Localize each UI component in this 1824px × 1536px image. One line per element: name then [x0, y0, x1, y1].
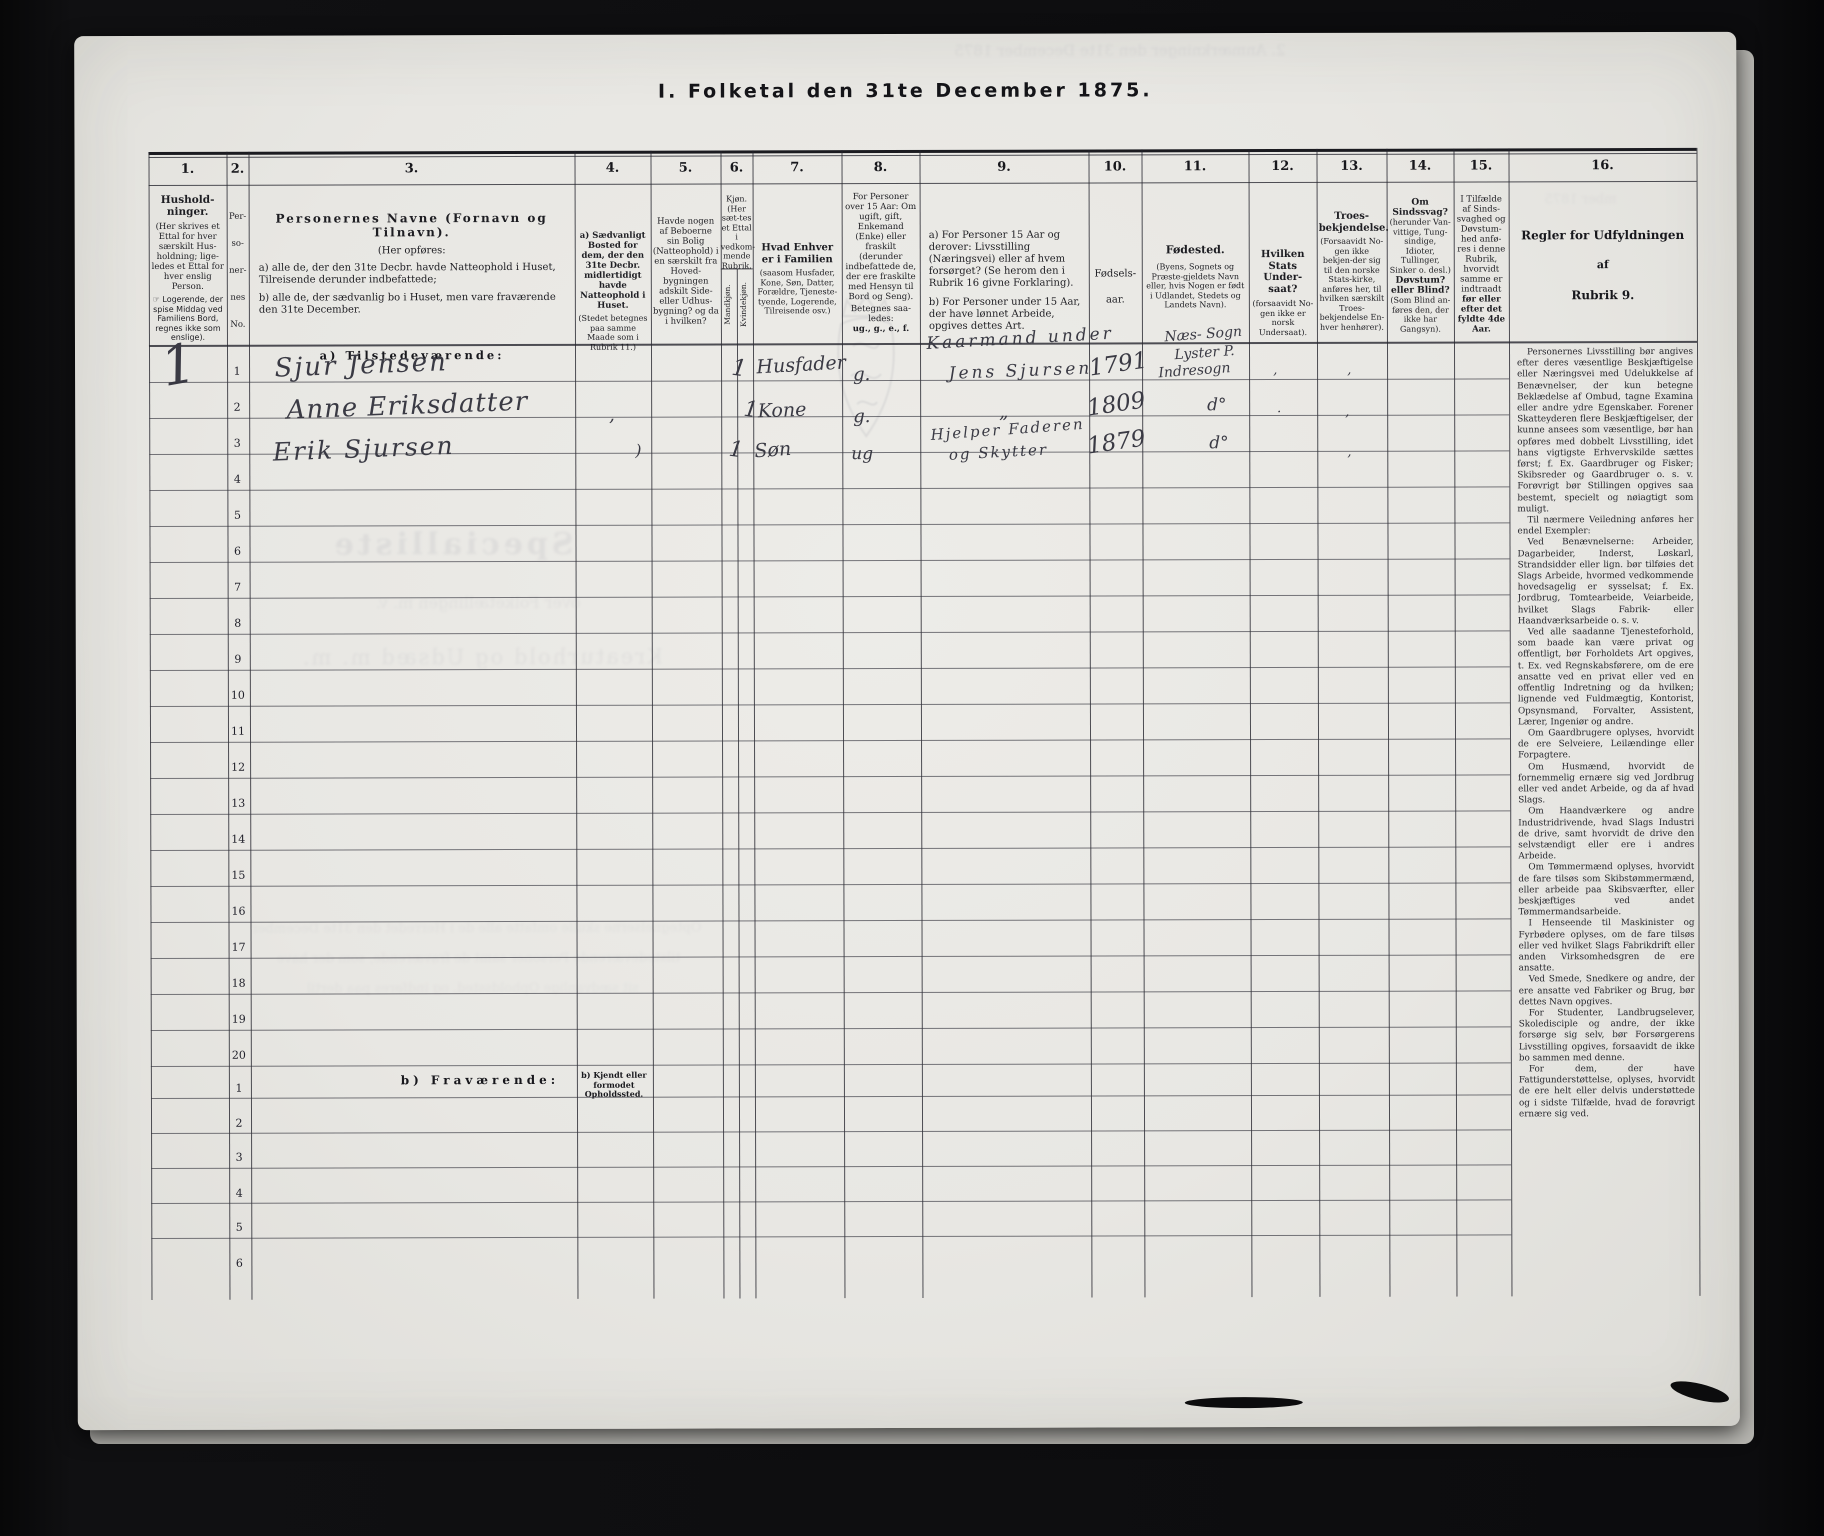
col3-header: Personernes Navne (Fornavn og Tilnavn). … [259, 211, 565, 317]
sex-tally-male: 1 [727, 437, 744, 464]
rules-paragraph: Om Gaardbrugere oplyses, hvorvidt de ere… [1518, 728, 1694, 762]
row-number: 2 [225, 401, 249, 414]
person-name: Sjur Jensen [274, 347, 448, 383]
row-line [151, 1129, 1511, 1134]
mark: ‚ [1273, 363, 1277, 378]
column-number: 13. [1317, 159, 1387, 174]
col2-line: so- [227, 231, 249, 258]
column-number: 1. [149, 162, 227, 177]
rules-text-column: Personernes Livsstilling bør angives eft… [1517, 347, 1696, 1345]
row-number: 8 [226, 617, 250, 630]
mark: · [1277, 405, 1281, 420]
row-number: 1 [227, 1082, 251, 1095]
row-number: 13 [226, 797, 250, 810]
col12-header: Hvilken Stats Under-saat? (forsaavidt No… [1251, 249, 1315, 337]
col14-title2: Døvstum? eller Blind? [1389, 277, 1452, 296]
mark: , [609, 405, 615, 426]
column-number: 15. [1454, 158, 1509, 173]
rules-paragraph: Om Haandværkere og andre Industridrivend… [1518, 806, 1694, 862]
grid-line [1088, 150, 1092, 1298]
row-line [150, 630, 1510, 635]
col6-main: Kjøn. (Her sæt-tes et Ettal i vedkom-men… [721, 194, 753, 270]
col2-line: Per- [227, 204, 249, 231]
col10-line: aar. [1089, 287, 1142, 313]
bleed-through-text: over Folketællingen m. v. [376, 593, 581, 613]
row-line [151, 1199, 1511, 1204]
row-line [150, 846, 1510, 851]
person-name: Anne Eriksdatter [286, 387, 529, 426]
mark: ) [635, 441, 641, 460]
grid-line [919, 150, 923, 1298]
row-number: 6 [226, 545, 250, 558]
row-number: 19 [227, 1013, 251, 1026]
col5-header: Havde nogen af Beboerne sin Bolig (Natte… [653, 216, 719, 326]
census-sheet: 2. Anmærkninger den 31te December 1875 S… [74, 32, 1740, 1430]
col4-main: a) Sædvanligt Bosted for dem, der den 31… [577, 231, 649, 311]
rules-paragraph: Ved Smede, Snedkere og andre, der ere an… [1519, 974, 1695, 1008]
col10-header: Fødsels- aar. [1089, 261, 1142, 313]
row-number: 16 [226, 905, 250, 918]
row-number: 10 [226, 689, 250, 702]
row-number: 5 [227, 1221, 251, 1234]
header-number-row-line [149, 181, 1697, 186]
grid-line [1141, 149, 1145, 1297]
col14-note2: (Som Blind an-føres den, der ikke har Ga… [1389, 296, 1452, 334]
page-title: I. Folketal den 31te December 1875. [74, 78, 1736, 104]
rules-heading-line1: Regler for Udfyldningen [1509, 228, 1697, 242]
marital-status: ug [851, 444, 873, 464]
col6-header: Kjøn. (Her sæt-tes et Ettal i vedkom-men… [721, 194, 753, 270]
row-line [150, 882, 1510, 887]
grid-line-sex-split [737, 268, 741, 1298]
row-line [151, 1164, 1511, 1169]
column-number: 9. [920, 160, 1089, 175]
row-line [149, 486, 1509, 491]
mark: ‚ [1347, 445, 1351, 460]
ink-blob [1669, 1377, 1731, 1407]
col13-header: Troes-bekjendelse. (Forsaavidt No-gen ik… [1319, 211, 1385, 332]
col11-note: (Byens, Sognets og Præste-gjeldets Navn … [1144, 262, 1247, 310]
col9-item-a: a) For Personer 15 Aar og derover: Livss… [929, 230, 1081, 290]
birth-year: 1791 [1087, 347, 1149, 381]
row-number: 17 [227, 941, 251, 954]
rules-paragraph: For dem, der have Fattigunderstøttelse, … [1519, 1064, 1695, 1120]
col6-male-label: Mandkjøn. [723, 271, 735, 337]
birthplace-line: Indresogn [1158, 360, 1231, 381]
rules-heading-line2: af [1509, 258, 1697, 271]
rules-paragraph: Ved alle saadanne Tjenesteforhold, som b… [1518, 627, 1694, 728]
col14-title1: Om Sindssvag? [1389, 199, 1452, 218]
bleed-through-text: mber 1875 [1545, 192, 1617, 207]
rules-paragraph: I Henseende til Maskinister og Fyrbødere… [1518, 918, 1694, 974]
row-number: 6 [227, 1257, 251, 1270]
column-number: 4. [575, 161, 651, 176]
col5-main: Havde nogen af Beboerne sin Bolig (Natte… [653, 216, 719, 326]
col1-body: (Her skrives et Ettal for hver særskilt … [151, 222, 225, 292]
col13-note: (Forsaavidt No-gen ikke bekjen-der sig t… [1319, 237, 1385, 332]
rules-paragraph: Ved Benævnelserne: Arbeider, Dagarbeider… [1517, 537, 1693, 627]
col3-item-a: a) alle de, der den 31te Decbr. havde Na… [259, 262, 565, 287]
row-number: 9 [226, 653, 250, 666]
col7-header: Hvad Enhver er i Familien (saasom Husfad… [755, 242, 840, 316]
col7-title: Hvad Enhver er i Familien [755, 242, 840, 265]
mark: ‚ [1347, 363, 1351, 378]
col14-header: Om Sindssvag? (herunder Van-vittige, Tun… [1389, 199, 1452, 334]
bleed-through-text: Kreaturhold og Udsæd m. m. [301, 645, 663, 670]
row-line [150, 702, 1510, 707]
row-line [150, 918, 1510, 923]
row-number: 11 [226, 725, 250, 738]
col15-main: I Tilfælde af Sinds-svaghed og Døvstum-h… [1456, 194, 1507, 294]
col8-codes: ug., g., e., f. [844, 324, 918, 334]
column-number: 7. [753, 160, 842, 175]
col4-header: a) Sædvanligt Bosted for dem, der den 31… [577, 231, 649, 352]
row-number: 18 [227, 977, 251, 990]
row-line [150, 774, 1510, 779]
row-number: 7 [226, 581, 250, 594]
column-number: 16. [1509, 158, 1697, 173]
birthplace-ditto: d° [1207, 395, 1226, 415]
col12-title: Hvilken Stats Under-saat? [1251, 249, 1315, 295]
rules-paragraph: Personernes Livsstilling bør angives eft… [1517, 347, 1693, 516]
column-number: 11. [1142, 159, 1249, 174]
row-line [150, 594, 1510, 599]
column-number: 14. [1387, 159, 1454, 174]
section-b-note: b) Kjendt eller formodet Opholdssted. [571, 1071, 657, 1100]
ink-blob [1185, 1397, 1303, 1408]
person-name: Erik Sjursen [272, 431, 455, 467]
col13-title: Troes-bekjendelse. [1319, 211, 1385, 234]
row-number: 14 [226, 833, 250, 846]
row-number: 1 [225, 365, 249, 378]
row-number: 20 [227, 1049, 251, 1062]
bleed-through-text: Specialliste [330, 527, 573, 563]
col14-note1: (herunder Van-vittige, Tung-sindige, Idi… [1389, 218, 1452, 275]
header-bottom-line [149, 341, 1697, 347]
bleed-through-text: tilstedeværende Personer samt de fravære… [277, 951, 681, 967]
column-number: 12. [1249, 159, 1317, 174]
grid-line [752, 150, 756, 1298]
col8-betegnes: Betegnes saa-ledes: [844, 304, 918, 324]
column-number: 2. [227, 162, 249, 177]
row-number: 3 [227, 1151, 251, 1164]
rules-heading-line3: Rubrik 9. [1509, 288, 1697, 302]
row-line [149, 522, 1509, 527]
row-number: 15 [226, 869, 250, 882]
col2-header: Per- so- ner- nes No. [227, 204, 249, 339]
column-number: 5. [651, 160, 721, 175]
col11-title: Fødested. [1144, 243, 1247, 256]
row-number: 2 [227, 1117, 251, 1130]
birth-year: 1879 [1086, 425, 1148, 459]
row-number: 12 [226, 761, 250, 774]
col2-line: nes [227, 285, 249, 312]
row-line [151, 1234, 1511, 1239]
row-number: 3 [225, 437, 249, 450]
col3-title: Personernes Navne (Fornavn og Tilnavn). [259, 211, 565, 240]
col4-note: (Stedet betegnes paa samme Maade som i R… [577, 314, 649, 352]
col12-note: (forsaavidt No-gen ikke er norsk Undersa… [1251, 299, 1315, 337]
bleed-through-text: 2. Anmærkninger den 31te December 1875 [954, 41, 1285, 60]
col1-title: Hushold-ninger. [151, 194, 225, 218]
column-number: 10. [1089, 159, 1142, 174]
col2-line: No. [227, 312, 249, 339]
col3-sub: (Her opføres: [259, 245, 565, 257]
rules-paragraph: Om Tømmermænd oplyses, hvorvidt de fare … [1518, 862, 1694, 918]
mark: ‚ [1345, 405, 1349, 420]
col9-header: a) For Personer 15 Aar og derover: Livss… [929, 230, 1081, 333]
col8-header: For Personer over 15 Aar: Om ugift, gift… [844, 192, 918, 334]
family-position: Kone [757, 399, 806, 423]
grid-line [1696, 148, 1700, 1296]
row-number: 4 [227, 1187, 251, 1200]
marital-status: g. [853, 364, 870, 385]
row-number: 5 [225, 509, 249, 522]
col6-female-label: Kvindekjøn. [739, 271, 751, 337]
family-position: Søn [754, 438, 792, 463]
col1-header: Hushold-ninger. (Her skrives et Ettal fo… [151, 194, 225, 343]
col10-line: Fødsels- [1089, 261, 1142, 287]
row-line [150, 810, 1510, 815]
row-line [150, 738, 1510, 743]
col15-header: I Tilfælde af Sinds-svaghed og Døvstum-h… [1456, 194, 1507, 334]
row-line [151, 1026, 1511, 1031]
rules-paragraph: Om Husmænd, hvorvidt de fornemmelig ernæ… [1518, 761, 1694, 806]
col7-note: (saasom Husfader, Kone, Søn, Datter, For… [755, 268, 840, 316]
col8-main: For Personer over 15 Aar: Om ugift, gift… [844, 192, 918, 302]
row-line [151, 1094, 1511, 1099]
column-number: 3. [249, 161, 575, 177]
row-line [151, 1062, 1511, 1067]
col11-header: Fødested. (Byens, Sognets og Præste-gjel… [1144, 243, 1247, 310]
col3-item-b: b) alle de, der sædvanlig bo i Huset, me… [259, 292, 565, 317]
col2-line: ner- [227, 258, 249, 285]
col15-bold: før eller efter det fyldte 4de Aar. [1456, 294, 1507, 334]
bleed-through-text: Optegnelserne skulle omfatte alle de i H… [251, 921, 701, 937]
column-number: 6. [721, 160, 753, 175]
grid-line [1508, 148, 1512, 1296]
scanned-census-page: 2. Anmærkninger den 31te December 1875 S… [0, 0, 1824, 1536]
rules-paragraph: Til nærmere Veiledning anføres her endel… [1517, 515, 1693, 538]
row-number: 4 [225, 473, 249, 486]
sex-tally-male: 1 [730, 355, 748, 383]
column-number: 8. [842, 160, 920, 175]
rules-paragraph: For Studenter, Landbrugselever, Skoledis… [1519, 1008, 1695, 1064]
